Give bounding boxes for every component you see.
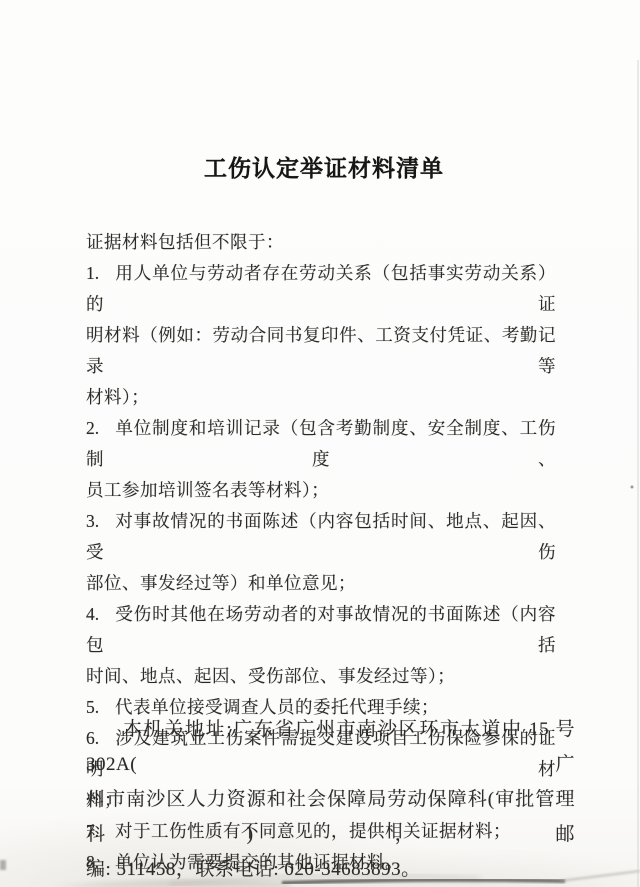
item-line: 2.单位制度和培训记录（包含考勤制度、安全制度、工伤制度、 [86, 413, 556, 475]
item-line: 1.用人单位与劳动者存在劳动关系（包括事实劳动关系）的证 [86, 258, 556, 320]
left-corner-mark [0, 860, 6, 870]
list-item: 2.单位制度和培训记录（包含考勤制度、安全制度、工伤制度、员工参加培训签名表等材… [86, 413, 556, 506]
footer-paragraph: 本机关地址:广东省广州市南沙区环市大道中 15 号 302A(广州市南沙区人力资… [86, 712, 575, 887]
item-line: 明材料（例如：劳动合同书复印件、工资支付凭证、考勤记录等 [86, 320, 556, 382]
item-number: 2. [86, 413, 115, 444]
list-item: 4.受伤时其他在场劳动者的对事故情况的书面陈述（内容包括时间、地点、起因、受伤部… [86, 599, 556, 692]
footer-line: 本机关地址:广东省广州市南沙区环市大道中 15 号 302A(广 [86, 712, 575, 782]
document-title: 工伤认定举证材料清单 [0, 150, 640, 183]
item-line: 材料）； [86, 382, 556, 413]
footer-line: 州市南沙区人力资源和社会保障局劳动保障科(审批管理科)，邮 [86, 782, 575, 852]
item-number: 4. [86, 599, 115, 630]
list-item: 3.对事故情况的书面陈述（内容包括时间、地点、起因、受伤部位、事发经过等）和单位… [86, 506, 556, 599]
scanned-document-page: 工伤认定举证材料清单 证据材料包括但不限于： 1.用人单位与劳动者存在劳动关系（… [0, 0, 640, 887]
ink-speck [631, 486, 634, 489]
item-line: 部位、事发经过等）和单位意见； [86, 568, 556, 599]
item-number: 1. [86, 258, 115, 289]
footer-line: 编: 511458，联系电话: 020-34683893。 [86, 852, 575, 887]
item-line: 时间、地点、起因、受伤部位、事发经过等）； [86, 661, 556, 692]
item-line: 3.对事故情况的书面陈述（内容包括时间、地点、起因、受伤 [86, 506, 556, 568]
intro-line: 证据材料包括但不限于： [86, 227, 556, 258]
item-line: 4.受伤时其他在场劳动者的对事故情况的书面陈述（内容包括 [86, 599, 556, 661]
item-number: 3. [86, 506, 115, 537]
item-line: 员工参加培训签名表等材料）； [86, 475, 556, 506]
list-item: 1.用人单位与劳动者存在劳动关系（包括事实劳动关系）的证明材料（例如：劳动合同书… [86, 258, 556, 413]
